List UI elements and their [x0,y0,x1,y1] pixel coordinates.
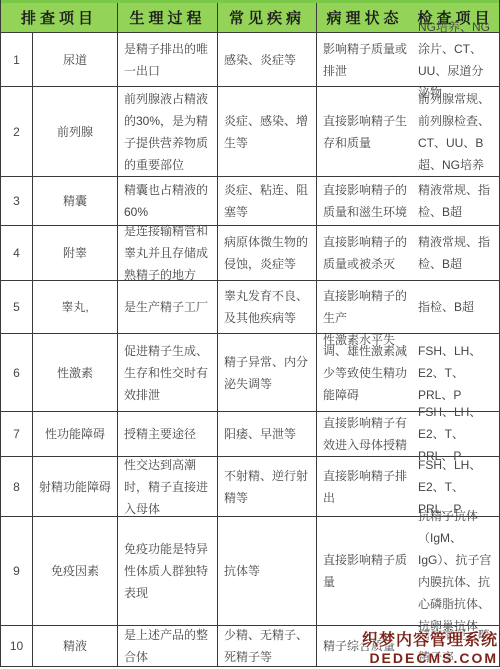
cell-item-name: 睾丸, [33,281,118,333]
cell-number: 6 [1,334,33,411]
cell-item-name: 精液 [33,626,118,666]
cell-diseases: 睾丸发育不良、及其他疾病等 [218,281,317,333]
cell-physiology: 精囊也占精液的60% [118,177,218,225]
cell-physiology: 性交达到高潮时，精子直接进入母体 [118,457,218,516]
header-pathology: 病理状态 [317,3,412,32]
cell-number: 10 [1,626,33,666]
cell-physiology: 是连接输精管和睾丸并且存储成熟精子的地方 [118,226,218,280]
cell-diseases: 不射精、逆行射精等 [218,457,317,516]
cell-diseases: 炎症、感染、增生等 [218,87,317,176]
cell-pathology: 精子综合质量 [317,626,412,666]
cell-item-name: 免疫因素 [33,517,118,625]
cell-checks: 精液常规、畸精子率 [412,626,499,666]
cell-pathology: 影响精子质量或排泄 [317,33,412,86]
cell-item-name: 尿道 [33,33,118,86]
cell-physiology: 是生产精子工厂 [118,281,218,333]
cell-number: 7 [1,412,33,456]
cell-item-name: 性激素 [33,334,118,411]
cell-diseases: 精子异常、内分泌失调等 [218,334,317,411]
cell-physiology: 是精子排出的唯一出口 [118,33,218,86]
cell-number: 2 [1,87,33,176]
cell-number: 1 [1,33,33,86]
cell-checks: 前列腺常规、前列腺检查、CT、UU、B超、NG培养 [412,87,499,176]
cell-diseases: 少精、无精子、死精子等 [218,626,317,666]
table-row: 1 尿道 是精子排出的唯一出口 感染、炎症等 影响精子质量或排泄 NG培养、NG… [1,33,499,87]
screening-table: 排查项目 生理过程 常见疾病 病理状态 检查项目 1 尿道 是精子排出的唯一出口… [0,0,500,667]
cell-number: 8 [1,457,33,516]
cell-diseases: 炎症、粘连、阻塞等 [218,177,317,225]
cell-item-name: 前列腺 [33,87,118,176]
cell-number: 9 [1,517,33,625]
cell-checks: FSH、LH、E2、T、PRL、P [412,412,499,456]
cell-pathology: 直接影响精子的生产 性激素水平失 [317,281,412,333]
cell-item-name: 射精功能障碍 [33,457,118,516]
cell-physiology: 促进精子生成、生存和性交时有效排泄 [118,334,218,411]
cell-checks: FSH、LH、E2、T、PRL、P [412,334,499,411]
cell-physiology: 前列腺液占精液的30%，是为精子提供营养物质的重要部位 [118,87,218,176]
screening-table-page: 排查项目 生理过程 常见疾病 病理状态 检查项目 1 尿道 是精子排出的唯一出口… [0,0,500,669]
cell-checks: 精液常规、指检、B超 [412,177,499,225]
cell-diseases: 感染、炎症等 [218,33,317,86]
cell-checks: NG培养、NG涂片、CT、UU、尿道分泌物 [412,33,499,86]
table-row: 4 附睾 是连接输精管和睾丸并且存储成熟精子的地方 病原体微生物的侵蚀，炎症等 … [1,226,499,281]
table-row: 5 睾丸, 是生产精子工厂 睾丸发育不良、及其他疾病等 直接影响精子的生产 性激… [1,281,499,334]
cell-pathology: 直接影响精子有效进入母体授精 [317,412,412,456]
cell-checks: 精液常规、指检、B超 [412,226,499,280]
table-row: 10 精液 是上述产品的整合体 少精、无精子、死精子等 精子综合质量 精液常规、… [1,626,499,667]
cell-item-name: 性功能障碍 [33,412,118,456]
cell-physiology: 是上述产品的整合体 [118,626,218,666]
cell-item-name: 精囊 [33,177,118,225]
header-screening-item: 排查项目 [1,3,118,32]
table-row: 9 免疫因素 免疫功能是特异性体质人群独特表现 抗体等 直接影响精子质量 抗精子… [1,517,499,626]
cell-diseases: 抗体等 [218,517,317,625]
cell-number: 4 [1,226,33,280]
cell-pathology: 直接影响精子质量 [317,517,412,625]
cell-physiology: 免疫功能是特异性体质人群独特表现 [118,517,218,625]
header-physiology: 生理过程 [118,3,218,32]
table-row: 7 性功能障碍 授精主要途径 阳痿、早泄等 直接影响精子有效进入母体授精 FSH… [1,412,499,457]
cell-checks: 指检、B超 [412,281,499,333]
cell-physiology: 授精主要途径 [118,412,218,456]
cell-pathology: 直接影响精子的质量和滋生环境 [317,177,412,225]
cell-item-name: 附睾 [33,226,118,280]
cell-number: 5 [1,281,33,333]
table-row: 3 精囊 精囊也占精液的60% 炎症、粘连、阻塞等 直接影响精子的质量和滋生环境… [1,177,499,226]
header-diseases: 常见疾病 [218,3,317,32]
cell-checks: 抗精子抗体（IgM、IgG）、抗子宫内膜抗体、抗心磷脂抗体、抗卵巢抗体 [412,517,499,625]
cell-pathology: 直接影响精子排出 [317,457,412,516]
cell-pathology: 直接影响精子的质量或被杀灭 [317,226,412,280]
cell-pathology: 调、雄性激素减少等致使生精功能障碍 [317,334,412,411]
table-row: 2 前列腺 前列腺液占精液的30%，是为精子提供营养物质的重要部位 炎症、感染、… [1,87,499,177]
cell-diseases: 病原体微生物的侵蚀，炎症等 [218,226,317,280]
cell-number: 3 [1,177,33,225]
cell-pathology: 直接影响精子生存和质量 [317,87,412,176]
cell-diseases: 阳痿、早泄等 [218,412,317,456]
